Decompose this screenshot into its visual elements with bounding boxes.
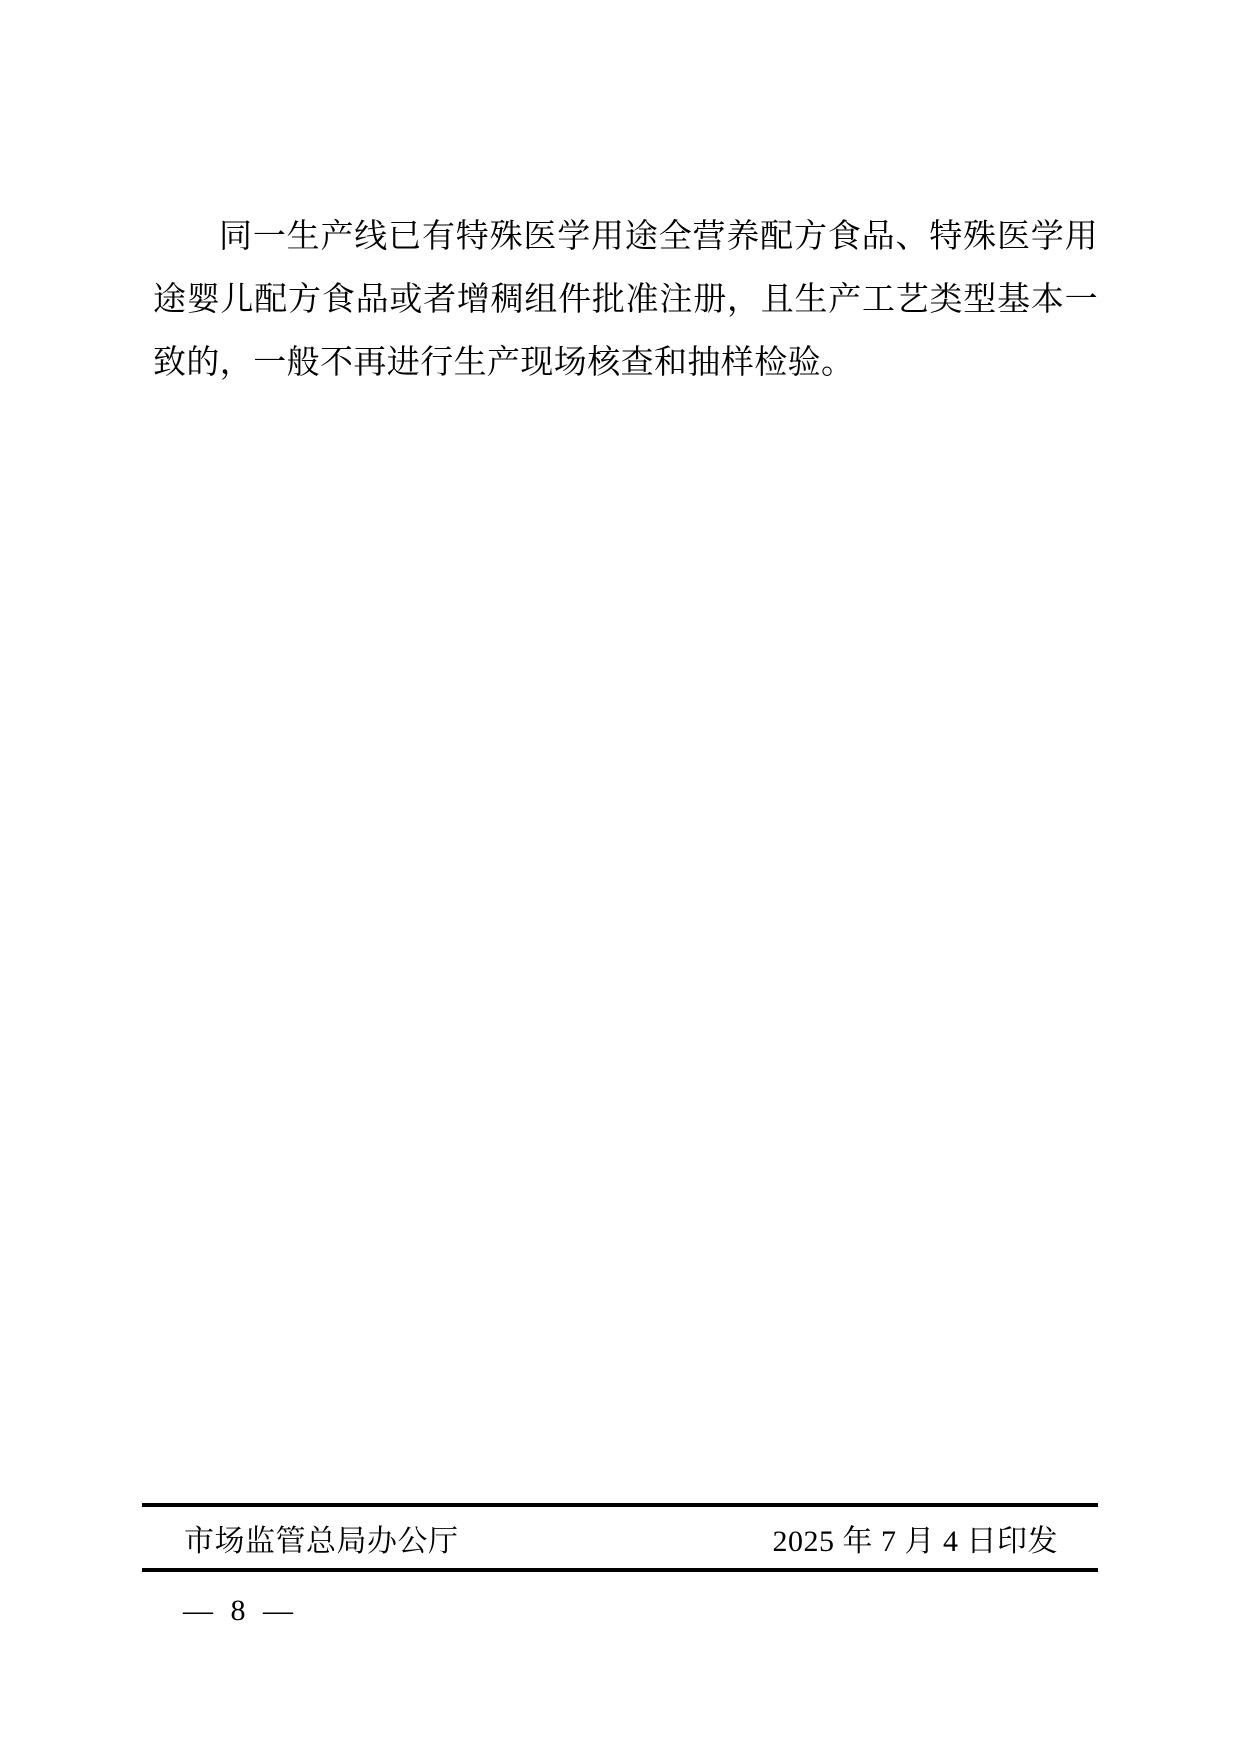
page-number: — 8 — — [183, 1594, 294, 1628]
issuing-office-label: 市场监管总局办公厅 — [184, 1516, 459, 1560]
body-paragraph: 同一生产线已有特殊医学用途全营养配方食品、特殊医学用途婴儿配方食品或者增稠组件批… — [153, 206, 1098, 395]
colophon-box: 市场监管总局办公厅 2025 年 7 月 4 日印发 — [142, 1503, 1098, 1572]
print-date-label: 2025 年 7 月 4 日印发 — [773, 1516, 1059, 1560]
document-page: 同一生产线已有特殊医学用途全营养配方食品、特殊医学用途婴儿配方食品或者增稠组件批… — [0, 0, 1241, 1755]
